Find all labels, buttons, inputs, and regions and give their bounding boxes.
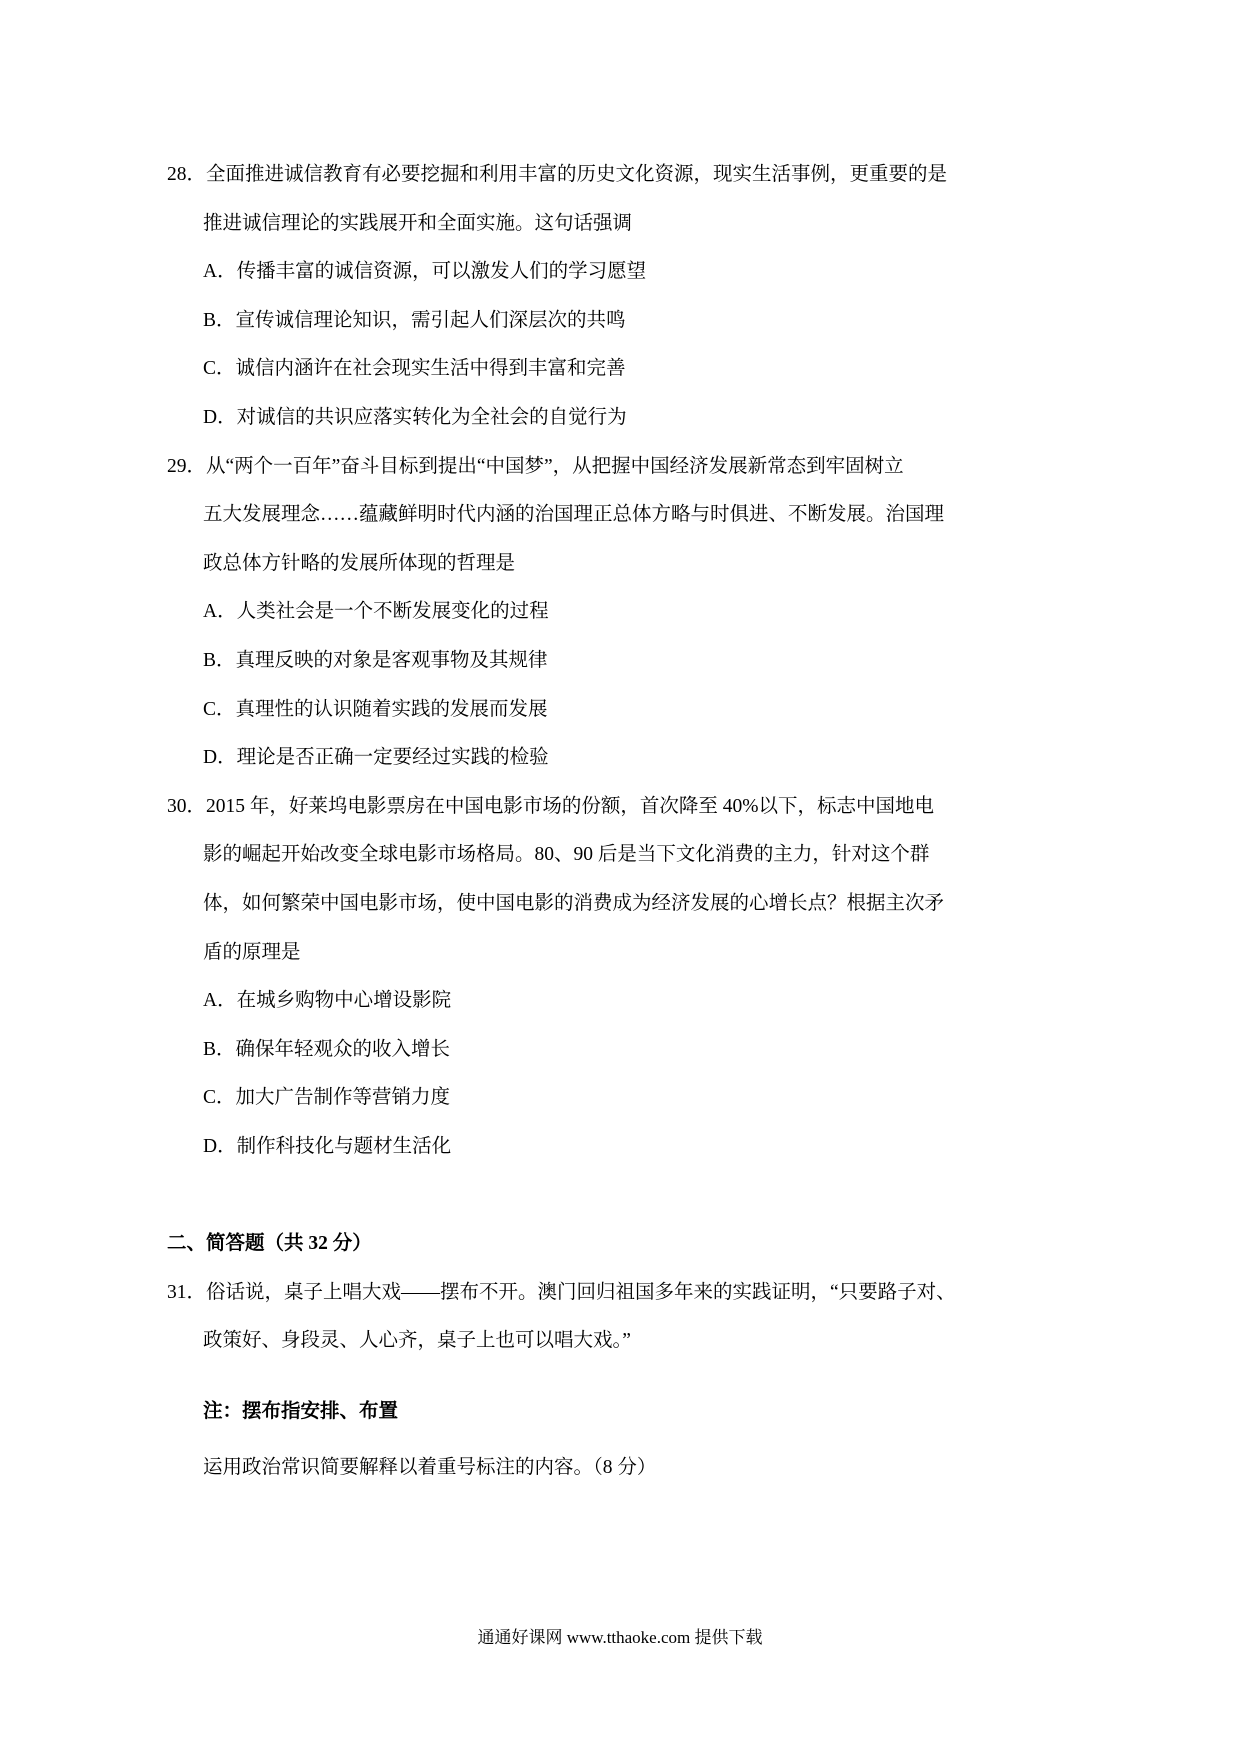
option-line-a: A．人类社会是一个不断发展变化的过程 xyxy=(167,588,1017,637)
option-text: 确保年轻观众的收入增长 xyxy=(236,1039,451,1060)
option-label: C． xyxy=(203,699,236,720)
instruction-line: 运用政治常识简要解释以着重号标注的内容。（8 分） xyxy=(167,1444,1017,1493)
option-line-c: C．真理性的认识随着实践的发展而发展 xyxy=(167,686,1017,735)
note-line: 注：摆布指安排、布置 xyxy=(167,1388,1017,1437)
option-text: 在城乡购物中心增设影院 xyxy=(237,990,452,1011)
question-stem-line: 政策好、身段灵、人心齐，桌子上也可以唱大戏。” xyxy=(167,1317,1017,1366)
question-stem-line: 盾的原理是 xyxy=(167,929,1017,978)
option-line-b: B．宣传诚信理论知识，需引起人们深层次的共鸣 xyxy=(167,297,1017,346)
question-28: 28．全面推进诚信教育有必要挖掘和利用丰富的历史文化资源，现实生活事例，更重要的… xyxy=(167,151,1017,443)
option-line-d: D．制作科技化与题材生活化 xyxy=(167,1123,1017,1172)
question-stem-line: 28．全面推进诚信教育有必要挖掘和利用丰富的历史文化资源，现实生活事例，更重要的… xyxy=(167,151,1017,200)
option-text: 真理性的认识随着实践的发展而发展 xyxy=(236,699,548,720)
question-number: 30． xyxy=(167,796,206,817)
option-line-c: C．加大广告制作等营销力度 xyxy=(167,1074,1017,1123)
option-label: B． xyxy=(203,1039,236,1060)
option-line-b: B．真理反映的对象是客观事物及其规律 xyxy=(167,637,1017,686)
question-stem-text: 从“两个一百年”奋斗目标到提出“中国梦”，从把握中国经济发展新常态到牢固树立 xyxy=(206,456,904,477)
option-label: B． xyxy=(203,650,236,671)
option-label: C． xyxy=(203,358,236,379)
question-stem-line: 30．2015 年，好莱坞电影票房在中国电影市场的份额，首次降至 40%以下，标… xyxy=(167,783,1017,832)
option-text: 真理反映的对象是客观事物及其规律 xyxy=(236,650,548,671)
option-label: A． xyxy=(203,990,237,1011)
section-heading: 二、简答题（共 32 分） xyxy=(167,1220,1017,1269)
exam-page: 28．全面推进诚信教育有必要挖掘和利用丰富的历史文化资源，现实生活事例，更重要的… xyxy=(0,0,1240,1754)
option-text: 对诚信的共识应落实转化为全社会的自觉行为 xyxy=(237,407,627,428)
option-label: B． xyxy=(203,310,236,331)
question-number: 31． xyxy=(167,1282,206,1303)
option-line-d: D．理论是否正确一定要经过实践的检验 xyxy=(167,734,1017,783)
option-line-a: A．传播丰富的诚信资源，可以激发人们的学习愿望 xyxy=(167,248,1017,297)
option-text: 人类社会是一个不断发展变化的过程 xyxy=(237,601,549,622)
option-text: 制作科技化与题材生活化 xyxy=(237,1136,452,1157)
question-number: 28． xyxy=(167,164,206,185)
option-text: 宣传诚信理论知识，需引起人们深层次的共鸣 xyxy=(236,310,626,331)
question-stem-line: 29．从“两个一百年”奋斗目标到提出“中国梦”，从把握中国经济发展新常态到牢固树… xyxy=(167,443,1017,492)
question-stem-line: 影的崛起开始改变全球电影市场格局。80、90 后是当下文化消费的主力，针对这个群 xyxy=(167,831,1017,880)
page-footer: 通通好课网 www.tthaoke.com 提供下载 xyxy=(0,1624,1240,1652)
question-stem-line: 推进诚信理论的实践展开和全面实施。这句话强调 xyxy=(167,200,1017,249)
exam-content: 28．全面推进诚信教育有必要挖掘和利用丰富的历史文化资源，现实生活事例，更重要的… xyxy=(167,151,1017,1493)
option-text: 诚信内涵许在社会现实生活中得到丰富和完善 xyxy=(236,358,626,379)
option-label: D． xyxy=(203,1136,237,1157)
option-label: C． xyxy=(203,1087,236,1108)
question-31: 31．俗话说，桌子上唱大戏——摆布不开。澳门回归祖国多年来的实践证明，“只要路子… xyxy=(167,1269,1017,1493)
option-line-d: D．对诚信的共识应落实转化为全社会的自觉行为 xyxy=(167,394,1017,443)
option-line-a: A．在城乡购物中心增设影院 xyxy=(167,977,1017,1026)
option-line-b: B．确保年轻观众的收入增长 xyxy=(167,1026,1017,1075)
question-stem-text: 全面推进诚信教育有必要挖掘和利用丰富的历史文化资源，现实生活事例，更重要的是 xyxy=(206,164,947,185)
option-label: D． xyxy=(203,407,237,428)
question-stem-text: 俗话说，桌子上唱大戏——摆布不开。澳门回归祖国多年来的实践证明，“只要路子对、 xyxy=(206,1282,956,1303)
question-30: 30．2015 年，好莱坞电影票房在中国电影市场的份额，首次降至 40%以下，标… xyxy=(167,783,1017,1172)
question-stem-line: 政总体方针略的发展所体现的哲理是 xyxy=(167,540,1017,589)
option-text: 理论是否正确一定要经过实践的检验 xyxy=(237,747,549,768)
option-label: A． xyxy=(203,261,237,282)
option-text: 传播丰富的诚信资源，可以激发人们的学习愿望 xyxy=(237,261,647,282)
question-stem-line: 五大发展理念……蕴藏鲜明时代内涵的治国理正总体方略与时俱进、不断发展。治国理 xyxy=(167,491,1017,540)
option-line-c: C．诚信内涵许在社会现实生活中得到丰富和完善 xyxy=(167,345,1017,394)
question-stem-text: 2015 年，好莱坞电影票房在中国电影市场的份额，首次降至 40%以下，标志中国… xyxy=(206,796,934,817)
option-label: A． xyxy=(203,601,237,622)
question-stem-line: 31．俗话说，桌子上唱大戏——摆布不开。澳门回归祖国多年来的实践证明，“只要路子… xyxy=(167,1269,1017,1318)
option-text: 加大广告制作等营销力度 xyxy=(236,1087,451,1108)
question-stem-line: 体，如何繁荣中国电影市场，使中国电影的消费成为经济发展的心增长点？根据主次矛 xyxy=(167,880,1017,929)
question-29: 29．从“两个一百年”奋斗目标到提出“中国梦”，从把握中国经济发展新常态到牢固树… xyxy=(167,443,1017,783)
option-label: D． xyxy=(203,747,237,768)
question-number: 29． xyxy=(167,456,206,477)
